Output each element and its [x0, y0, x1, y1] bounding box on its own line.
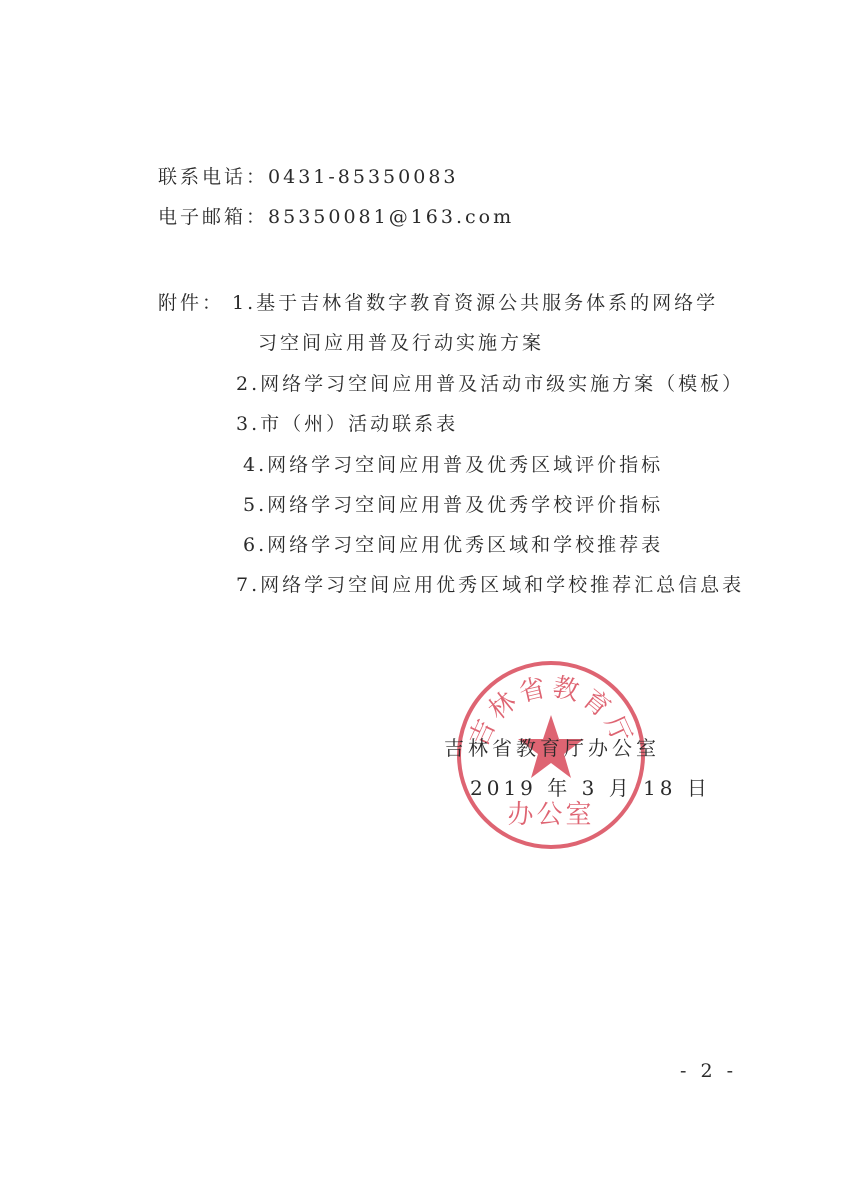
attachment-item-3: 3.市（州）活动联系表 — [236, 409, 458, 436]
attachment-item-5: 5.网络学习空间应用普及优秀学校评价指标 — [243, 490, 663, 517]
phone-value: 0431-85350083 — [268, 166, 458, 188]
phone-label: 联系电话： — [158, 166, 268, 188]
attachment-item-4: 4.网络学习空间应用普及优秀区域评价指标 — [243, 450, 663, 477]
email-value: 85350081@163.com — [268, 206, 514, 228]
page-number: - 2 - — [680, 1060, 737, 1082]
attachment-item-2: 2.网络学习空间应用普及活动市级实施方案（模板） — [236, 369, 744, 396]
email-label: 电子邮箱： — [158, 206, 268, 228]
contact-phone: 联系电话：0431-85350083 — [158, 162, 459, 189]
seal-bottom-text: 办公室 — [507, 800, 594, 830]
attachment-item-1: 1.基于吉林省数字教育资源公共服务体系的网络学 — [232, 288, 718, 315]
attachment-item-7: 7.网络学习空间应用优秀区域和学校推荐汇总信息表 — [236, 570, 744, 597]
signature-date: 2019 年 3 月 18 日 — [470, 772, 711, 801]
contact-email: 电子邮箱：85350081@163.com — [158, 202, 514, 229]
attachment-item-6: 6.网络学习空间应用优秀区域和学校推荐表 — [243, 530, 663, 557]
signature-org: 吉林省教育厅办公室 — [444, 732, 660, 761]
attachment-item-1-cont: 习空间应用普及行动实施方案 — [258, 328, 544, 355]
attachments-label: 附件： — [158, 288, 224, 315]
